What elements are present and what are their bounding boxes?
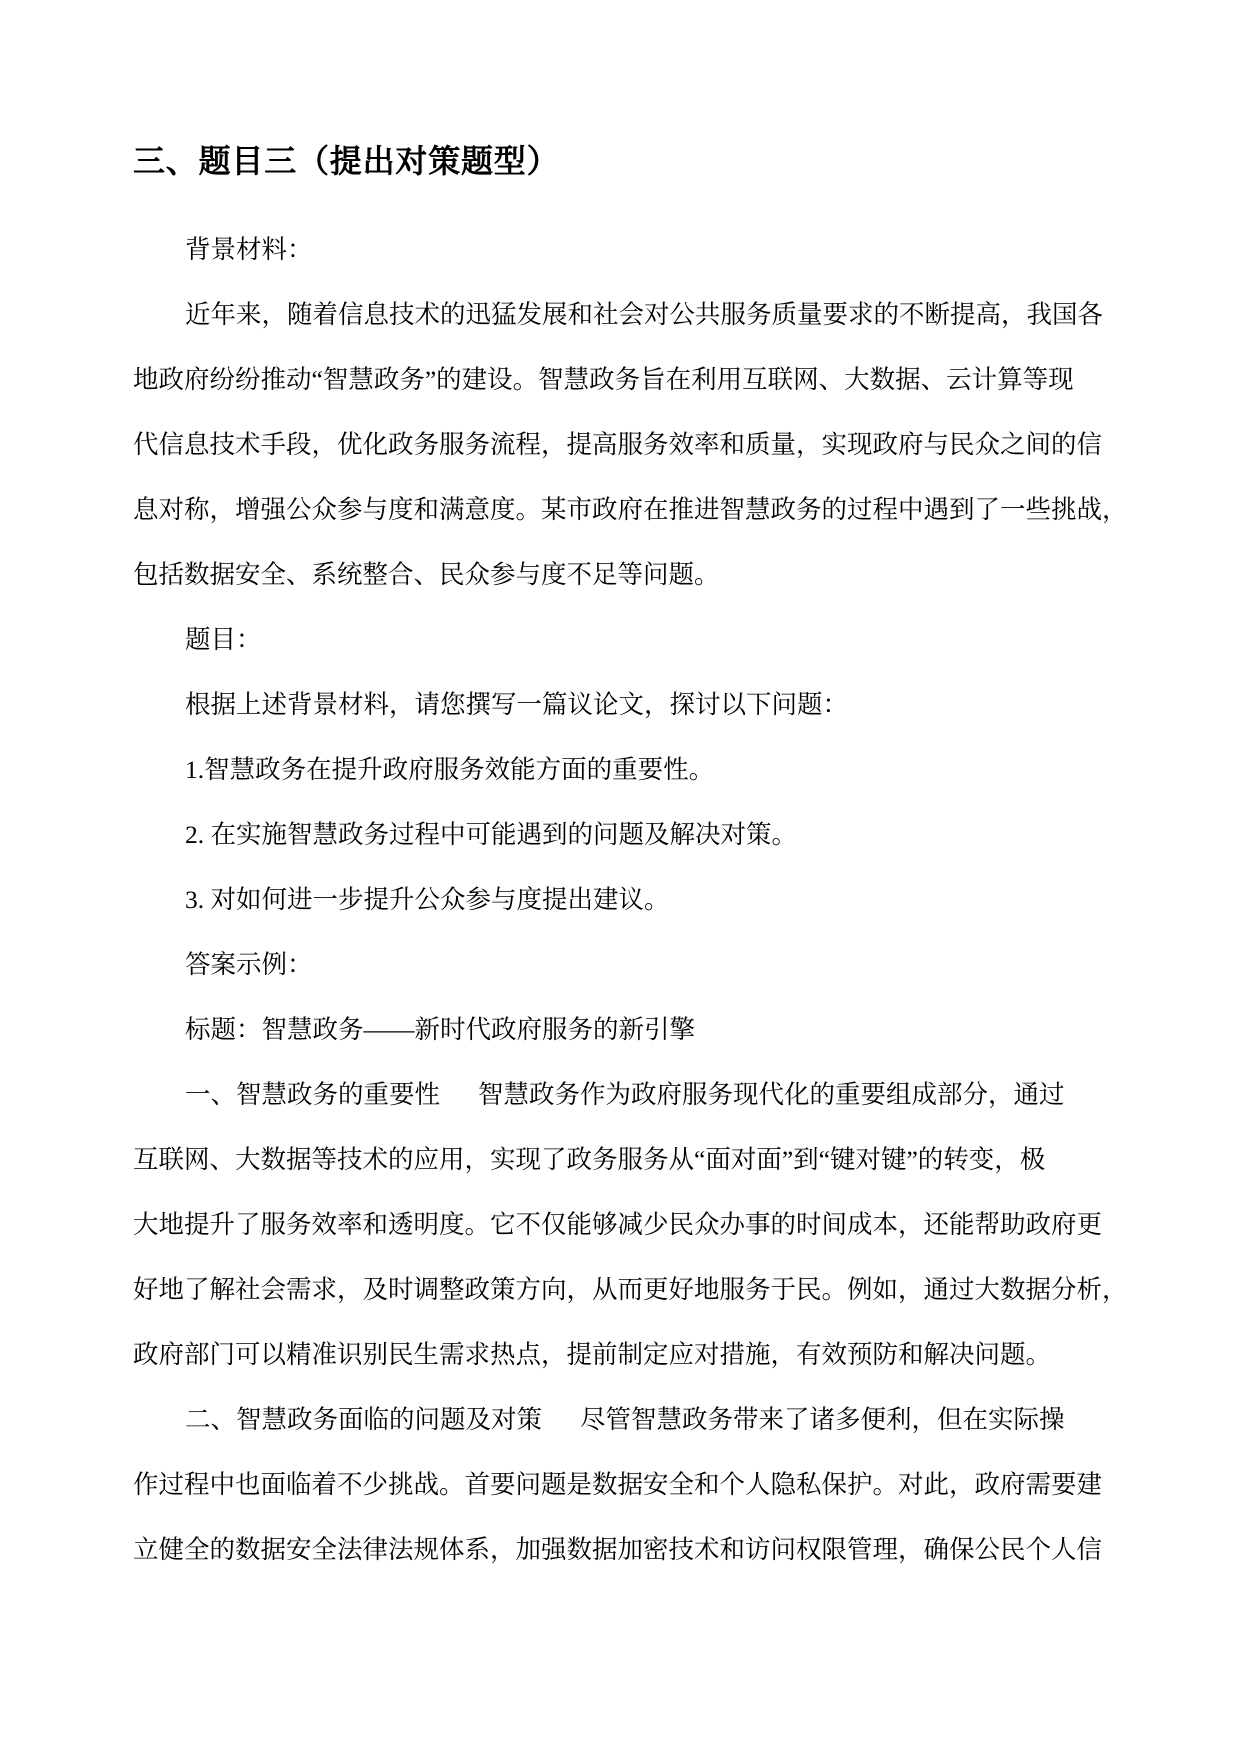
text-run: 好地了解社会需求，及时调整政策方向，从而更好地服务于民。例如，通过大数据分析， (133, 1275, 1128, 1304)
text-run: 尽管智慧政务带来了诸多便利，但在实际操 (580, 1405, 1065, 1434)
text-run: 根据上述背景材料，请您撰写一篇议论文，探讨以下问题： (185, 690, 848, 719)
text-run: 代信息技术手段，优化政务服务流程，提高服务效率和质量，实现政府与民众之间的信 (133, 430, 1102, 459)
text-run: 3. 对如何进一步提升公众参与度提出建议。 (185, 885, 670, 914)
text-line: 地政府纷纷推动“智慧政务”的建设。智慧政务旨在利用互联网、大数据、云计算等现 (133, 347, 1107, 412)
text-line: 包括数据安全、系统整合、民众参与度不足等问题。 (133, 542, 1107, 607)
text-run: 政府部门可以精准识别民生需求热点，提前制定应对措施，有效预防和解决问题。 (133, 1340, 1051, 1369)
text-line: 3. 对如何进一步提升公众参与度提出建议。 (133, 867, 1107, 932)
text-run: 标题：智慧政务——新时代政府服务的新引擎 (185, 1015, 695, 1044)
text-run: 息对称，增强公众参与度和满意度。某市政府在推进智慧政务的过程中遇到了一些挑战， (133, 495, 1128, 524)
text-run: 1.智慧政务在提升政府服务效能方面的重要性。 (185, 755, 714, 784)
text-line: 作过程中也面临着不少挑战。首要问题是数据安全和个人隐私保护。对此，政府需要建 (133, 1452, 1107, 1517)
text-run: 二、智慧政务面临的问题及对策 (185, 1405, 542, 1434)
inline-gap (542, 1427, 580, 1428)
text-line: 政府部门可以精准识别民生需求热点，提前制定应对措施，有效预防和解决问题。 (133, 1322, 1107, 1387)
text-run: 近年来，随着信息技术的迅猛发展和社会对公共服务质量要求的不断提高，我国各 (185, 300, 1103, 329)
text-run: 作过程中也面临着不少挑战。首要问题是数据安全和个人隐私保护。对此，政府需要建 (133, 1470, 1102, 1499)
text-line: 大地提升了服务效率和透明度。它不仅能够减少民众办事的时间成本，还能帮助政府更 (133, 1192, 1107, 1257)
text-line: 立健全的数据安全法律法规体系，加强数据加密技术和访问权限管理，确保公民个人信 (133, 1517, 1107, 1582)
document-body: 背景材料：近年来，随着信息技术的迅猛发展和社会对公共服务质量要求的不断提高，我国… (133, 217, 1107, 1582)
text-run: 一、智慧政务的重要性 (185, 1080, 440, 1109)
text-line: 代信息技术手段，优化政务服务流程，提高服务效率和质量，实现政府与民众之间的信 (133, 412, 1107, 477)
text-run: 背景材料： (185, 235, 313, 264)
text-run: 地政府纷纷推动“智慧政务”的建设。智慧政务旨在利用互联网、大数据、云计算等现 (133, 365, 1074, 394)
text-line: 好地了解社会需求，及时调整政策方向，从而更好地服务于民。例如，通过大数据分析， (133, 1257, 1107, 1322)
text-line: 2. 在实施智慧政务过程中可能遇到的问题及解决对策。 (133, 802, 1107, 867)
text-run: 答案示例： (185, 950, 313, 979)
text-run: 立健全的数据安全法律法规体系，加强数据加密技术和访问权限管理，确保公民个人信 (133, 1535, 1102, 1564)
text-line: 根据上述背景材料，请您撰写一篇议论文，探讨以下问题： (133, 672, 1107, 737)
text-line: 答案示例： (133, 932, 1107, 997)
text-line: 近年来，随着信息技术的迅猛发展和社会对公共服务质量要求的不断提高，我国各 (133, 282, 1107, 347)
text-line: 背景材料： (133, 217, 1107, 282)
document-page: 三、题目三（提出对策题型） 背景材料：近年来，随着信息技术的迅猛发展和社会对公共… (0, 0, 1241, 1754)
text-line: 息对称，增强公众参与度和满意度。某市政府在推进智慧政务的过程中遇到了一些挑战， (133, 477, 1107, 542)
text-line: 一、智慧政务的重要性智慧政务作为政府服务现代化的重要组成部分，通过 (133, 1062, 1107, 1127)
page-content: 三、题目三（提出对策题型） 背景材料：近年来，随着信息技术的迅猛发展和社会对公共… (133, 138, 1107, 1582)
text-run: 智慧政务作为政府服务现代化的重要组成部分，通过 (478, 1080, 1065, 1109)
text-line: 1.智慧政务在提升政府服务效能方面的重要性。 (133, 737, 1107, 802)
text-run: 包括数据安全、系统整合、民众参与度不足等问题。 (133, 560, 720, 589)
section-heading: 三、题目三（提出对策题型） (133, 138, 1107, 184)
text-run: 大地提升了服务效率和透明度。它不仅能够减少民众办事的时间成本，还能帮助政府更 (133, 1210, 1102, 1239)
text-line: 二、智慧政务面临的问题及对策尽管智慧政务带来了诸多便利，但在实际操 (133, 1387, 1107, 1452)
text-line: 标题：智慧政务——新时代政府服务的新引擎 (133, 997, 1107, 1062)
text-line: 题目： (133, 607, 1107, 672)
text-run: 2. 在实施智慧政务过程中可能遇到的问题及解决对策。 (185, 820, 797, 849)
inline-gap (440, 1102, 478, 1103)
text-run: 互联网、大数据等技术的应用，实现了政务服务从“面对面”到“键对键”的转变，极 (133, 1145, 1045, 1174)
text-run: 题目： (185, 625, 262, 654)
text-line: 互联网、大数据等技术的应用，实现了政务服务从“面对面”到“键对键”的转变，极 (133, 1127, 1107, 1192)
